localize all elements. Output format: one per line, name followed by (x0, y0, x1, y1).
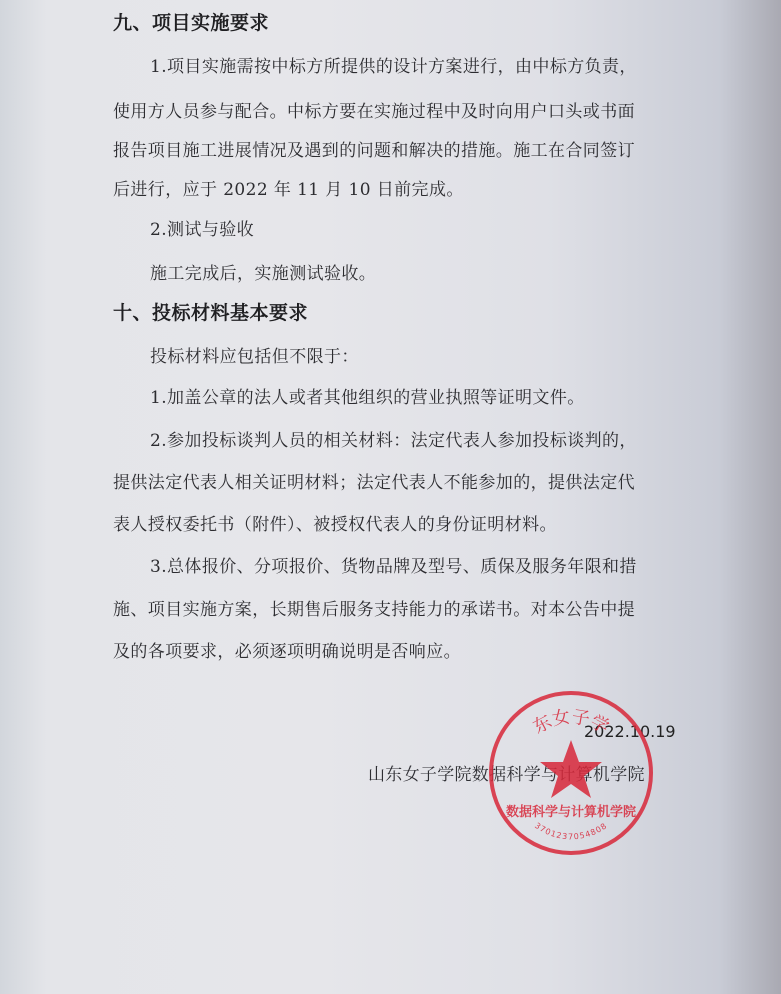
section-10-item-2-line-1: 2.参加投标谈判人员的相关材料：法定代表人参加投标谈判的， (150, 426, 637, 451)
section-10-intro: 投标材料应包括但不限于： (150, 342, 359, 367)
section-9-item-1-line-4: 后进行，应于 2022 年 11 月 10 日前完成。 (113, 175, 464, 200)
section-9-item-2-title: 2.测试与验收 (150, 215, 254, 240)
section-9-item-2-text: 施工完成后，实施测试验收。 (150, 259, 376, 284)
official-seal-icon: 东女子学 数据科学与计算机学院 3701237054808 (486, 688, 656, 858)
section-9-item-1-line-2: 使用方人员参与配合。中标方要在实施过程中及时向用户口头或书面 (113, 97, 635, 122)
section-10-item-1: 1.加盖公章的法人或者其他组织的营业执照等证明文件。 (150, 383, 585, 408)
stamp-top-text: 东女子学 (530, 706, 613, 738)
section-10-item-3-line-3: 及的各项要求，必须逐项明确说明是否响应。 (113, 637, 461, 662)
section-9-heading: 九、项目实施要求 (113, 8, 269, 35)
section-10-item-3-line-2: 施、项目实施方案，长期售后服务支持能力的承诺书。对本公告中提 (113, 595, 635, 620)
section-9-item-1-line-3: 报告项目施工进展情况及遇到的问题和解决的措施。施工在合同签订 (113, 136, 635, 161)
section-10-item-2-line-2: 提供法定代表人相关证明材料；法定代表人不能参加的，提供法定代 (113, 468, 635, 493)
section-10-heading: 十、投标材料基本要求 (113, 298, 308, 325)
section-9-item-1-line-1: 1.项目实施需按中标方所提供的设计方案进行，由中标方负责， (150, 52, 637, 77)
section-10-item-3-line-1: 3.总体报价、分项报价、货物品牌及型号、质保及服务年限和措 (150, 552, 637, 577)
section-10-item-2-line-3: 表人授权委托书（附件）、被授权代表人的身份证明材料。 (113, 510, 557, 535)
stamp-code: 3701237054808 (533, 821, 609, 841)
document-page: 九、项目实施要求 1.项目实施需按中标方所提供的设计方案进行，由中标方负责， 使… (0, 0, 781, 994)
svg-text:3701237054808: 3701237054808 (533, 821, 609, 841)
stamp-bottom-text: 数据科学与计算机学院 (506, 804, 636, 820)
svg-text:东女子学: 东女子学 (530, 706, 613, 738)
